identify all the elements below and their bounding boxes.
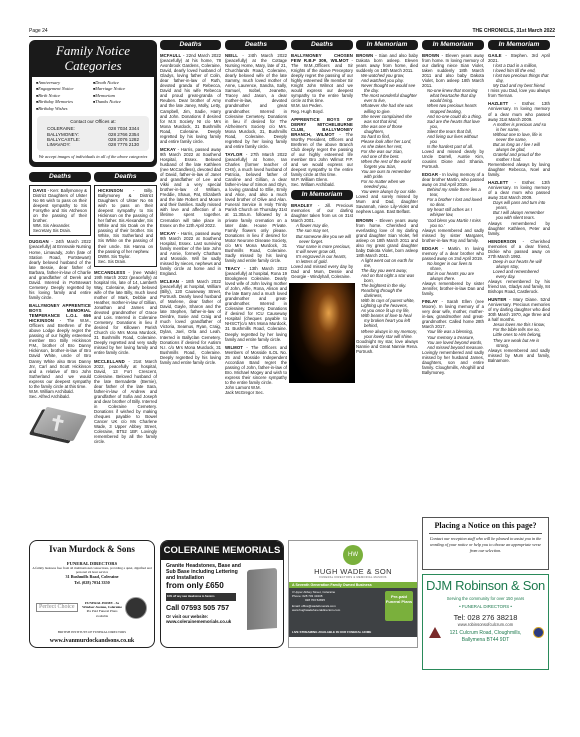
- notice-signoff: Secretary Sis Drain.: [33, 228, 87, 233]
- column-deaths-b: Deaths HICKINSON - Billy. Ballymoney & D…: [94, 172, 157, 447]
- verse: Behind my smile there lies a tear,For a …: [422, 187, 484, 227]
- headstone-image: [247, 568, 277, 630]
- funeral-home-text: FUNERAL HOME - 3a Windsor Avenue, Colera…: [82, 601, 122, 609]
- notice-text: - Eleven years away from home. In loving…: [422, 53, 484, 88]
- death-notice: MCCLELLAND - 21st March 2022, peacefully…: [94, 359, 157, 445]
- candle-image: [289, 283, 355, 383]
- notice-signoff: Loved and missed dearly by Uncle Darrell…: [422, 149, 484, 169]
- notice-signoff: Sec. Sis Drain.: [98, 259, 153, 264]
- notice-text: - 13th March 2022 (peacefully) at hospit…: [225, 266, 287, 342]
- bifd-seal-icon: [125, 597, 147, 619]
- ad-ivan-murdock[interactable]: Ivan Murdock & Sons FUNERAL DIRECTORS A …: [29, 540, 155, 648]
- section-header-deaths: Deaths: [160, 40, 221, 50]
- death-notice: APPRENTICE BOYS OF DERRY MITCHELBURNE CL…: [291, 117, 353, 188]
- verse-line: My heart still aches as I whisper low,: [427, 207, 484, 217]
- placing-text: Contact our reception staff who will be …: [423, 536, 548, 554]
- verse-line: A mother is precious and so is her name,: [493, 122, 550, 132]
- verse: A flower may die,The sun may set,But som…: [291, 223, 353, 263]
- notice-signoff: Always remembered by his friend Ian, Gla…: [488, 279, 550, 294]
- death-notice: NEILL - 24th March 2022 (peacefully) at …: [225, 53, 287, 149]
- live-streaming-note: LIVE STREAMING AVAILABLE IN OUR FUNERAL …: [292, 631, 371, 635]
- ad-funeral-home: FUNERAL HOME - 3a Windsor Avenue, Colera…: [82, 601, 122, 618]
- verse-line: When two precious hearts stopped beating…: [427, 103, 484, 113]
- contact-title: Contact our Offices at:: [43, 119, 143, 124]
- death-notice: MCKAY - Harris, passed away 9th March 20…: [160, 147, 221, 228]
- family-notice-categories-box: Family Notice Categories Anniversary Dea…: [29, 40, 157, 167]
- section-header-memoriam: In Memoriam: [356, 40, 418, 50]
- verse-line: No longer in our lives to share,: [427, 261, 484, 271]
- notice-text: - 18th March 2022 (peacefully) at hospit…: [160, 279, 221, 365]
- verse-line: Deep in our hearts he will always stay,: [493, 259, 550, 269]
- category-item: Birthday Wishes: [36, 106, 93, 112]
- column-deaths-d: Deaths NEILL - 24th March 2022 (peaceful…: [225, 40, 287, 398]
- office-phone: 028 7776 2130: [108, 142, 139, 147]
- memoriam-notice: BROWN - Sian and also baby Dakota born a…: [356, 53, 418, 215]
- notice-text: - Billy. Ballymoney & District Daughters…: [98, 188, 153, 254]
- verse-line: The most wonderful daughter ever to live…: [361, 93, 418, 103]
- column-deaths-e: Deaths BALLYMONEY CHOSEN FEW R.B.P 309, …: [291, 40, 353, 383]
- verse: I lost a Dad in a million,I loved him ti…: [488, 63, 550, 88]
- ad-contact-panel: 3 Upper Abbey Street, Coleraine Phone: 0…: [289, 588, 417, 637]
- office-row: LIMAVADY:028 7776 2130: [43, 142, 143, 147]
- verse-line: Little ones to Him belong,: [493, 332, 550, 337]
- verse: A mother is precious and so is her name,…: [488, 122, 550, 162]
- ad-subtitle: FUNERAL DIRECTORS & MEMORIAL MASONS: [289, 576, 417, 579]
- ad-offer-strip: 10% off any new Headstone to Seniors: [166, 593, 236, 601]
- verse-line: They are weak but He is strong.: [493, 338, 550, 348]
- notice-signoff: Reg. Hugh Boyd.: [291, 109, 353, 114]
- verse-line: Where always in my memory, your lovely s…: [361, 329, 418, 339]
- ad-company-name: COLERAINE MEMORIALS: [161, 541, 283, 560]
- verse-line: She was one of those daughters,: [361, 124, 418, 134]
- section-header-memoriam: In Memoriam: [422, 40, 484, 50]
- verse-line: For no matter when we needed you,: [361, 179, 418, 189]
- notice-text: - 24th March 2022 (peacefully) at Ennsva…: [29, 239, 91, 300]
- notice-signoff: Always remembered by daughter Kathleen, …: [488, 221, 550, 236]
- death-notice: MCLEAN - 18th March 2022 (peacefully) at…: [160, 279, 221, 365]
- ad-tel: Tel. (028) 7034 3350: [32, 581, 152, 586]
- column-memoriam-g: In Memoriam BROWN - Eleven years away fr…: [422, 40, 484, 378]
- verse-line: But I will always remember you with sile…: [493, 210, 550, 220]
- verse-line: Without one to love, life is never the s…: [493, 132, 550, 142]
- ad-address: 121 Culcrum Road, Cloughmills,Ballymena …: [423, 630, 548, 643]
- perfect-choice-text: Perfect Choice: [39, 604, 74, 610]
- notice-text: - Kerr. Ballymoney & District Daughters …: [33, 188, 87, 223]
- categories-title-1: Family Notice: [32, 44, 154, 58]
- column-memoriam-f: In Memoriam BROWN - Sian and also baby D…: [356, 40, 418, 357]
- verse-line: Behind my smile there lies a tear,: [427, 187, 484, 197]
- hw-logo-icon: HW: [343, 545, 363, 565]
- contact-offices: Contact our Offices at: COLERAINE:028 70…: [37, 116, 149, 150]
- section-header-deaths: Deaths: [94, 172, 157, 182]
- verse-line: But as long as I live I will always be g…: [493, 142, 550, 152]
- categories-list: Anniversary Death Notice Engagement Noti…: [36, 80, 150, 112]
- notice-text: - 27th March 2022 (peacefully) at home, …: [225, 152, 287, 263]
- verse-line: Your name is more precious,: [296, 244, 353, 249]
- death-notice: DUGGAN - 24th March 2022 (peacefully) at…: [29, 239, 91, 300]
- section-header-deaths: Deaths: [29, 172, 91, 182]
- section-header-memoriam: In Memoriam: [488, 40, 550, 50]
- ad-company-name: DJM Robinson & Son: [423, 578, 548, 594]
- verse-line: Loved and remembered every day.: [493, 269, 550, 279]
- memoriam-notice: HUNTER - Mary Diane. 52nd Anniversary. P…: [488, 297, 550, 363]
- notice-text: - (nee Wade) 19th March 2022 (peacefully…: [94, 270, 157, 356]
- memoriam-notice: EDGAR - In loving memory of a dear broth…: [422, 172, 484, 243]
- column-deaths-a: Deaths DAVIS - Kerr. Ballymoney & Distri…: [29, 172, 91, 439]
- verse-line: When the rest of the world forgets you S…: [361, 159, 418, 169]
- notice-signoff: Always remembered by sister Jennifer, br…: [422, 281, 484, 296]
- verse-line: 'God bless you Martin I miss you so.': [427, 218, 484, 228]
- prepaid-plans-badge: Pre-paid Funeral Plans: [385, 591, 413, 621]
- verse: A light went out on earth for me,The day…: [356, 258, 418, 339]
- memoriam-notice: HAZLETT - Esther. 13th Anniversary. In l…: [488, 180, 550, 236]
- death-notice: HICKINSON - Billy. Ballymoney & District…: [94, 185, 157, 267]
- notice-signoff: Sec. William Archibald.: [291, 182, 353, 187]
- address-line: Ballymena BT44 9DT: [423, 637, 548, 644]
- memoriam-notice: HAZLETT - Esther. 13th Anniversary. In l…: [488, 101, 550, 177]
- notice-signoff: Always remembered and sadly missed by Mu…: [488, 348, 550, 363]
- notice-text: - The Worthy President, Officers and Bre…: [291, 132, 353, 177]
- notice-text: - 21st March 2022, peacefully at hospita…: [94, 359, 157, 445]
- verse-line: But in our hearts you are always there.: [427, 271, 484, 281]
- categories-title-2: Categories: [32, 59, 154, 73]
- memoriam-notice: BROWN - Eleven years away from home. Che…: [356, 218, 418, 354]
- plans-text: Pre Paid Funeral Plans available: [82, 609, 122, 617]
- ad-heading: • FUNERAL DIRECTORS •: [423, 604, 548, 609]
- verse-line: It's engraved in our hearts,: [296, 254, 353, 259]
- death-notice: MCKAY - Harris, passed away 9th March 20…: [160, 231, 221, 276]
- death-notice: BALLYMONEY APPRENTICE BOYS MEMORIAL TEMP…: [29, 303, 91, 399]
- notice-name: BALLYMONEY CHOSEN FEW R.B.P 309, WILMOT: [291, 53, 353, 63]
- category-item: Thanks Notice: [93, 99, 150, 105]
- ad-serving: Serving the community for over 150 years: [423, 596, 548, 601]
- verse-line: And living our lives without you: [427, 134, 484, 144]
- ad-url-link[interactable]: www.ivanmurdockandsons.co.uk: [30, 638, 154, 644]
- ad-institute: BRITISH INSTITUTE OF FUNERAL DIRECTORS: [30, 630, 154, 634]
- verse-line: I lost two precious things that day,: [493, 73, 550, 83]
- page-number: Page 24: [29, 28, 48, 34]
- perfect-choice-logo: Perfect Choice: [36, 603, 78, 612]
- notice-signoff: Jack McGregor Sec.: [225, 390, 287, 395]
- ad-services: Granite Headstones, Base and Sub Base in…: [166, 563, 246, 581]
- publication-date: THE CHRONICLE, 31st March 2022: [472, 28, 555, 34]
- notice-signoff: I miss you Dad, love you always from Tie…: [488, 88, 550, 98]
- verse-line: With beams of love to heal my broken hea…: [361, 313, 418, 328]
- notice-text: - The W.M., Officers and Brethren of the…: [29, 318, 91, 389]
- memoriam-notice: BRADLEY - Jill. Precious memories of our…: [291, 203, 353, 279]
- verse: Jesus loves me this I know,For the bible…: [488, 322, 550, 347]
- verse-line: And missed beyond measure.: [427, 345, 484, 350]
- death-notice: WILMOT - The Officers and Members of Mos…: [225, 345, 287, 395]
- death-notice: TAYLOR - 27th March 2022 (peacefully) at…: [225, 152, 287, 263]
- ad-company-name: Ivan Murdock & Sons: [32, 544, 152, 555]
- death-notice: TEACY - 13th March 2022 (peacefully) at …: [225, 266, 287, 342]
- verse-line: You are ours to remember with pride.: [361, 169, 418, 179]
- section-header-memoriam: In Memoriam: [291, 190, 353, 200]
- notice-text: - Sarah Ellen (nee Moore). In loving mem…: [422, 299, 484, 329]
- notice-text: - Harris, passed away 9th March 2022 at …: [160, 231, 221, 276]
- verse-line: Never thought we would see the day.: [361, 83, 418, 93]
- divider: [429, 533, 542, 534]
- ad-phone: Tel: 028 276 38218: [423, 613, 548, 622]
- notice-text: - 22nd March 2022 (peacefully) at his ho…: [160, 53, 221, 144]
- verse-line: A light went out on earth for me,: [361, 258, 418, 268]
- death-notice: MCCANDLESS - (nee Wade) 19th March 2022 …: [94, 270, 157, 356]
- section-header-deaths: Deaths: [225, 40, 287, 50]
- categories-inner: Anniversary Death Notice Engagement Noti…: [32, 77, 154, 162]
- section-header-deaths: Deaths: [291, 40, 353, 50]
- memoriam-notice: HENDERSON - Cherished memories of a dear…: [488, 239, 550, 295]
- memoriam-notice: EDGAR - Martin. In loving memory of a de…: [422, 246, 484, 296]
- verse: We watched you grow,And watched you play…: [356, 73, 418, 194]
- verse: No-one knew that morning what heartache …: [422, 88, 484, 149]
- column-deaths-c: Deaths MCFAULL - 22nd March 2022 (peacef…: [160, 40, 221, 368]
- column-memoriam-h: In Memoriam GAILE - Stephen. 3rd April 2…: [488, 40, 550, 366]
- triangle-logo-icon: [429, 627, 441, 638]
- verse-line: Sad are the hearts that love you,: [427, 119, 484, 129]
- ad-url-link[interactable]: www.robinsonsofculcrum.com: [423, 622, 548, 627]
- memoriam-notice: BROWN - Eleven years away from home. In …: [422, 53, 484, 169]
- verse-line: You are loved beyond words,: [427, 340, 484, 345]
- notice-signoff: Sec. Alfred Archibald.: [29, 394, 91, 399]
- association-seal-icon: [533, 627, 544, 638]
- notice-text: - Eleven years away from home. Cherished…: [356, 218, 418, 258]
- placing-notice-box: Placing a Notice on this page? Contact o…: [422, 517, 549, 570]
- verse-line: She never complained she was not that ki…: [361, 114, 418, 124]
- death-notice: BALLYMONEY CHOSEN FEW R.B.P 309, WILMOT …: [291, 53, 353, 114]
- ad-tagline: A family business free from all multinat…: [32, 566, 152, 574]
- ad-hugh-wade[interactable]: HW HUGH WADE & SON FUNERAL DIRECTORS & M…: [288, 540, 418, 648]
- ad-djm-robinson[interactable]: DJM Robinson & Son Serving the community…: [422, 574, 549, 670]
- placing-title: Placing a Notice on this page?: [423, 521, 548, 531]
- verse: Deep in our hearts he will always stay,L…: [488, 259, 550, 279]
- verse: Your life was a blessing,Your memory a t…: [422, 329, 484, 349]
- notice-text: - The W.M.,Officers and Sir Knights of t…: [291, 58, 353, 103]
- verse-line: Whatever she had she was willing to give…: [361, 103, 418, 113]
- ad-coleraine-memorials[interactable]: COLERAINE MEMORIALS Granite Headstones, …: [160, 540, 284, 648]
- verse-line: For a brother I lost and loved so dear.: [427, 197, 484, 207]
- verse: No longer in our lives to share,But in o…: [422, 261, 484, 281]
- verse-line: But someone like you we will never forge…: [296, 234, 353, 244]
- death-notice: MCFAULL - 22nd March 2022 (peacefully) a…: [160, 53, 221, 144]
- verse-line: And on that night a star was born,: [361, 273, 418, 283]
- phone-label: Phone:: [292, 594, 302, 598]
- verse-line: Days will pass and turn into years,: [493, 200, 550, 210]
- newspaper-page: Page 24 THE CHRONICLE, 31st March 2022 F…: [29, 28, 555, 718]
- memoriam-notice: GAILE - Stephen. 3rd April 2021. I lost …: [488, 53, 550, 98]
- office-town: LIMAVADY:: [47, 142, 71, 147]
- notice-signoff: Remembered always by loving daughter Reb…: [488, 162, 550, 177]
- page-header: Page 24 THE CHRONICLE, 31st March 2022: [29, 28, 555, 37]
- notice-text: - 24th March 2022 (peacefully) at the Co…: [225, 53, 287, 149]
- notice-signoff: Loved and missed every day by Dad and Mu…: [291, 264, 353, 279]
- notice-signoff: Always remembered and sadly missed by si…: [422, 228, 484, 243]
- death-notice: DAVIS - Kerr. Ballymoney & District Daug…: [29, 185, 91, 236]
- accept-images-note: We accept images of individuals in all o…: [36, 154, 150, 159]
- verse: Days will pass and turn into years,But I…: [488, 200, 550, 220]
- notice-signoff: Lovingly remembered and sadly missed by …: [422, 350, 484, 375]
- notice-signoff: Goodnight my star, love always Nannie an…: [356, 339, 418, 354]
- verse-line: No-one knew that morning what heartache …: [427, 88, 484, 103]
- ad-company-name: HUGH WADE & SON: [289, 567, 417, 576]
- verse-line: Grateful and proud of the mother I had.: [493, 152, 550, 162]
- bible-image: [34, 405, 86, 439]
- notice-text: - Harris, passed away 9th March 2022 at …: [160, 147, 221, 228]
- notice-text: - The Officers and Members of Mosside IL…: [225, 345, 287, 385]
- notice-signoff: Loved and sorely missed by Mum and Dad, …: [356, 194, 418, 214]
- verse-line: And no-one could do a thing.: [427, 114, 484, 119]
- verse-line: Reaching through the darkness,: [361, 288, 418, 298]
- memoriam-notice: FINLAY - Sarah Ellen (nee Moore). In lov…: [422, 299, 484, 375]
- header-rule: [29, 36, 555, 37]
